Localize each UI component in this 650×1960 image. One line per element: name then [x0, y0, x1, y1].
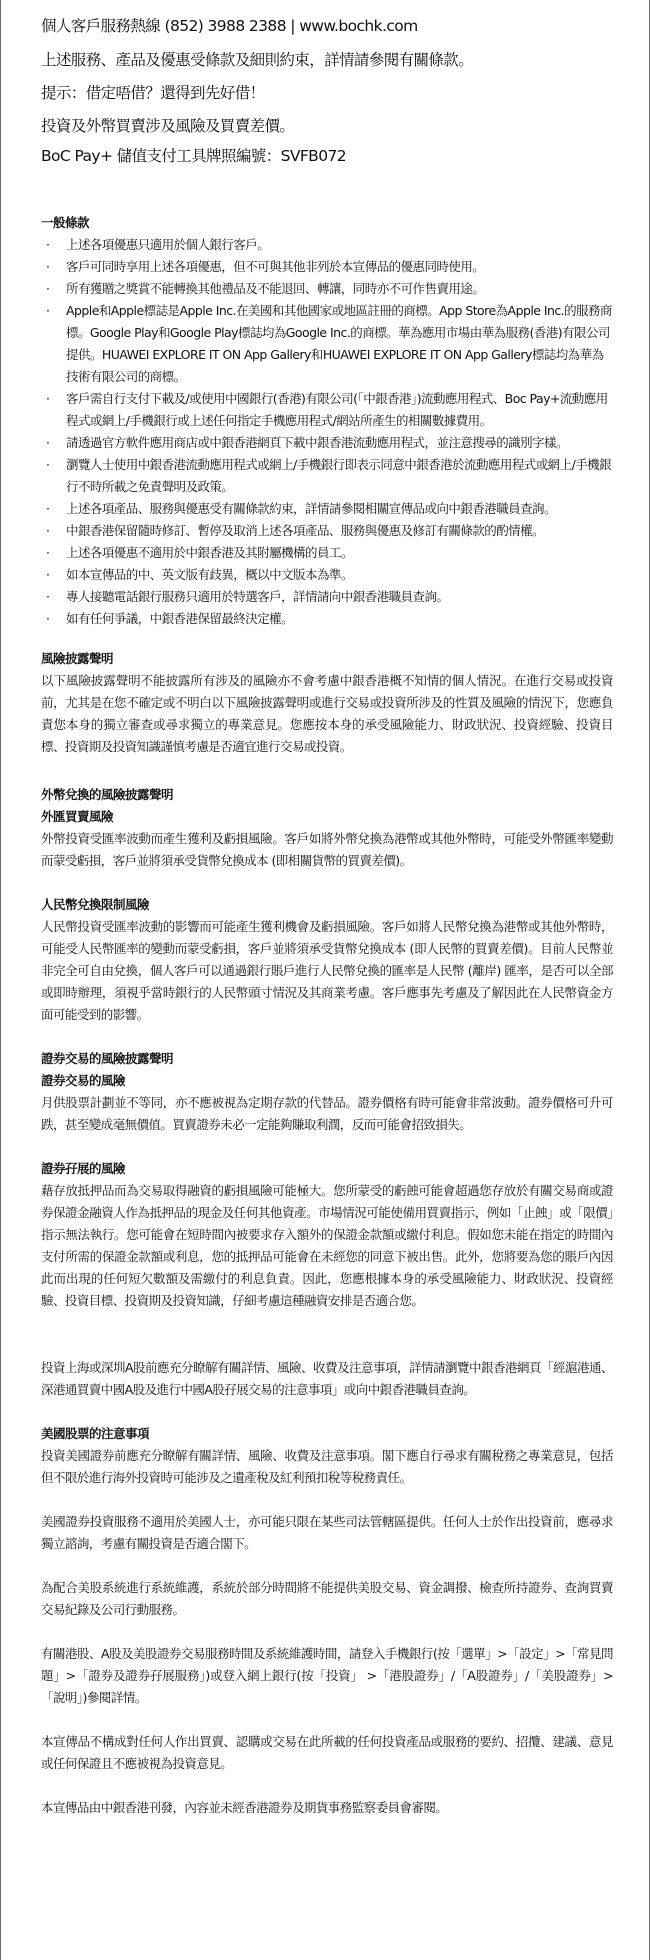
- list-item: ·瀏覽人士使用中銀香港流動應用程式或網上/手機銀行即表示同意中銀香港於流動應用程…: [41, 454, 613, 498]
- service-hours-body: 有關港股、A股及美股證券交易服務時間及系統維護時間，請登入手機銀行(按「選單」>…: [41, 1643, 613, 1709]
- issuer-section: 本宣傳品由中銀香港刊發，內容並未經香港證券及期貨事務監察委員會審閱。: [41, 1797, 613, 1819]
- list-item: ·專人接聽電話銀行服務只適用於特選客戶，詳情請向中銀香港職員查詢。: [41, 586, 613, 608]
- bullet-icon: ·: [46, 564, 49, 586]
- margin-risk-title: 證券孖展的風險: [41, 1158, 613, 1180]
- securities-risk-title: 證券交易的風險披露聲明: [41, 1048, 613, 1070]
- list-item: ·中銀香港保留隨時修訂、暫停及取消上述各項產品、服務與優惠及修訂有關條款的酌情權…: [41, 520, 613, 542]
- rmb-risk-section: 人民幣兌換限制風險 人民幣投資受匯率波動的影響而可能產生獲利機會及虧損風險。客戶…: [41, 894, 613, 1026]
- bullet-icon: ·: [46, 256, 49, 278]
- bullet-icon: ·: [46, 520, 49, 542]
- list-item: ·請透過官方軟件應用商店或中銀香港網頁下載中銀香港流動應用程式，並注意搜尋的識別…: [41, 432, 613, 454]
- terms-notice: 上述服務、產品及優惠受條款及細則約束，詳情請參閱有關條款。: [41, 50, 473, 70]
- us-maintenance-body: 為配合美股系統進行系統維護，系統於部分時間將不能提供美股交易、資金調撥、檢查所持…: [41, 1577, 613, 1621]
- bullet-icon: ·: [46, 454, 49, 476]
- list-item: ·上述各項優惠不適用於中銀香港及其附屬機構的員工。: [41, 542, 613, 564]
- list-item: ·Apple和Apple標誌是Apple Inc.在美國和其他國家或地區註冊的商…: [41, 300, 613, 388]
- securities-risk-body: 月供股票計劃並不等同，亦不應被視為定期存款的代替品。證券價格有時可能會非常波動。…: [41, 1092, 613, 1136]
- list-item: ·上述各項產品、服務與優惠受有關條款約束，詳情請參閱相關宣傳品或向中銀香港職員查…: [41, 498, 613, 520]
- a-shares-body: 投資上海或深圳A股前應充分瞭解有關詳情、風險、收費及注意事項，詳情請瀏覽中銀香港…: [41, 1357, 613, 1401]
- securities-risk-subtitle: 證券交易的風險: [41, 1070, 613, 1092]
- bullet-icon: ·: [46, 542, 49, 564]
- us-persons-body: 美國證券投資服務不適用於美國人士，亦可能只限在某些司法管轄區提供。任何人士於作出…: [41, 1511, 613, 1555]
- general-terms-title: 一般條款: [41, 212, 613, 234]
- us-maintenance-section: 為配合美股系統進行系統維護，系統於部分時間將不能提供美股交易、資金調撥、檢查所持…: [41, 1577, 613, 1621]
- fx-risk-subtitle: 外匯買賣風險: [41, 806, 613, 828]
- bullet-icon: ·: [46, 586, 49, 608]
- bullet-icon: ·: [46, 432, 49, 454]
- list-item: ·如本宣傳品的中、英文版有歧異，概以中文版本為準。: [41, 564, 613, 586]
- a-shares-section: 投資上海或深圳A股前應充分瞭解有關詳情、風險、收費及注意事項，詳情請瀏覽中銀香港…: [41, 1357, 613, 1401]
- fx-risk-section: 外幣兌換的風險披露聲明 外匯買賣風險 外幣投資受匯率波動而產生獲利及虧損風險。客…: [41, 784, 613, 872]
- list-item: ·所有獲贈之獎賞不能轉換其他禮品及不能退回、轉讓，同時亦不可作售賣用途。: [41, 278, 613, 300]
- bullet-icon: ·: [46, 388, 49, 410]
- bullet-icon: ·: [46, 300, 49, 322]
- us-stocks-body: 投資美國證券前應充分瞭解有關詳情、風險、收費及注意事項。閣下應自行尋求有關稅務之…: [41, 1445, 613, 1489]
- list-item: ·如有任何爭議，中銀香港保留最終決定權。: [41, 608, 613, 630]
- bullet-icon: ·: [46, 498, 49, 520]
- us-stocks-section: 美國股票的注意事項 投資美國證券前應充分瞭解有關詳情、風險、收費及注意事項。閣下…: [41, 1423, 613, 1489]
- not-offer-section: 本宣傳品不構成對任何人作出買賣、認購或交易在此所載的任何投資產品或服務的要約、招…: [41, 1731, 613, 1775]
- list-item: ·客戶可同時享用上述各項優惠，但不可與其他非列於本宣傳品的優惠同時使用。: [41, 256, 613, 278]
- fx-risk-notice: 投資及外幣買賣涉及風險及買賣差價。: [41, 116, 294, 136]
- not-offer-body: 本宣傳品不構成對任何人作出買賣、認購或交易在此所載的任何投資產品或服務的要約、招…: [41, 1731, 613, 1775]
- list-item: ·上述各項優惠只適用於個人銀行客戶。: [41, 234, 613, 256]
- boc-pay-license: BoC Pay+ 儲值支付工具牌照編號：SVFB072: [41, 146, 346, 166]
- risk-disclosure-title: 風險披露聲明: [41, 648, 613, 670]
- loan-reminder: 提示：借定唔借？還得到先好借！: [41, 83, 265, 103]
- securities-risk-section: 證券交易的風險披露聲明 證券交易的風險 月供股票計劃並不等同，亦不應被視為定期存…: [41, 1048, 613, 1136]
- fx-risk-body: 外幣投資受匯率波動而產生獲利及虧損風險。客戶如將外幣兌換為港幣或其他外幣時，可能…: [41, 828, 613, 872]
- us-stocks-title: 美國股票的注意事項: [41, 1423, 613, 1445]
- general-terms-list: ·上述各項優惠只適用於個人銀行客戶。 ·客戶可同時享用上述各項優惠，但不可與其他…: [41, 234, 613, 630]
- bullet-icon: ·: [46, 608, 49, 630]
- risk-disclosure-section: 風險披露聲明 以下風險披露聲明不能披露所有涉及的風險亦不會考慮中銀香港概不知情的…: [41, 648, 613, 758]
- general-terms-section: 一般條款 ·上述各項優惠只適用於個人銀行客戶。 ·客戶可同時享用上述各項優惠，但…: [41, 212, 613, 630]
- service-hours-section: 有關港股、A股及美股證券交易服務時間及系統維護時間，請登入手機銀行(按「選單」>…: [41, 1643, 613, 1709]
- fx-risk-title: 外幣兌換的風險披露聲明: [41, 784, 613, 806]
- us-persons-section: 美國證券投資服務不適用於美國人士，亦可能只限在某些司法管轄區提供。任何人士於作出…: [41, 1511, 613, 1555]
- margin-risk-body: 藉存放抵押品而為交易取得融資的虧損風險可能極大。您所蒙受的虧蝕可能會超過您存放於…: [41, 1180, 613, 1312]
- bullet-icon: ·: [46, 278, 49, 300]
- rmb-risk-body: 人民幣投資受匯率波動的影響而可能產生獲利機會及虧損風險。客戶如將人民幣兌換為港幣…: [41, 916, 613, 1026]
- risk-disclosure-body: 以下風險披露聲明不能披露所有涉及的風險亦不會考慮中銀香港概不知情的個人情況。在進…: [41, 670, 613, 758]
- bullet-icon: ·: [46, 234, 49, 256]
- customer-hotline: 個人客戶服務熱線 (852) 3988 2388 | www.bochk.com: [41, 16, 418, 36]
- rmb-risk-title: 人民幣兌換限制風險: [41, 894, 613, 916]
- list-item: ·客戶需自行支付下載及/或使用中國銀行(香港)有限公司(「中銀香港」)流動應用程…: [41, 388, 613, 432]
- margin-risk-section: 證券孖展的風險 藉存放抵押品而為交易取得融資的虧損風險可能極大。您所蒙受的虧蝕可…: [41, 1158, 613, 1312]
- issuer-body: 本宣傳品由中銀香港刊發，內容並未經香港證券及期貨事務監察委員會審閱。: [41, 1797, 613, 1819]
